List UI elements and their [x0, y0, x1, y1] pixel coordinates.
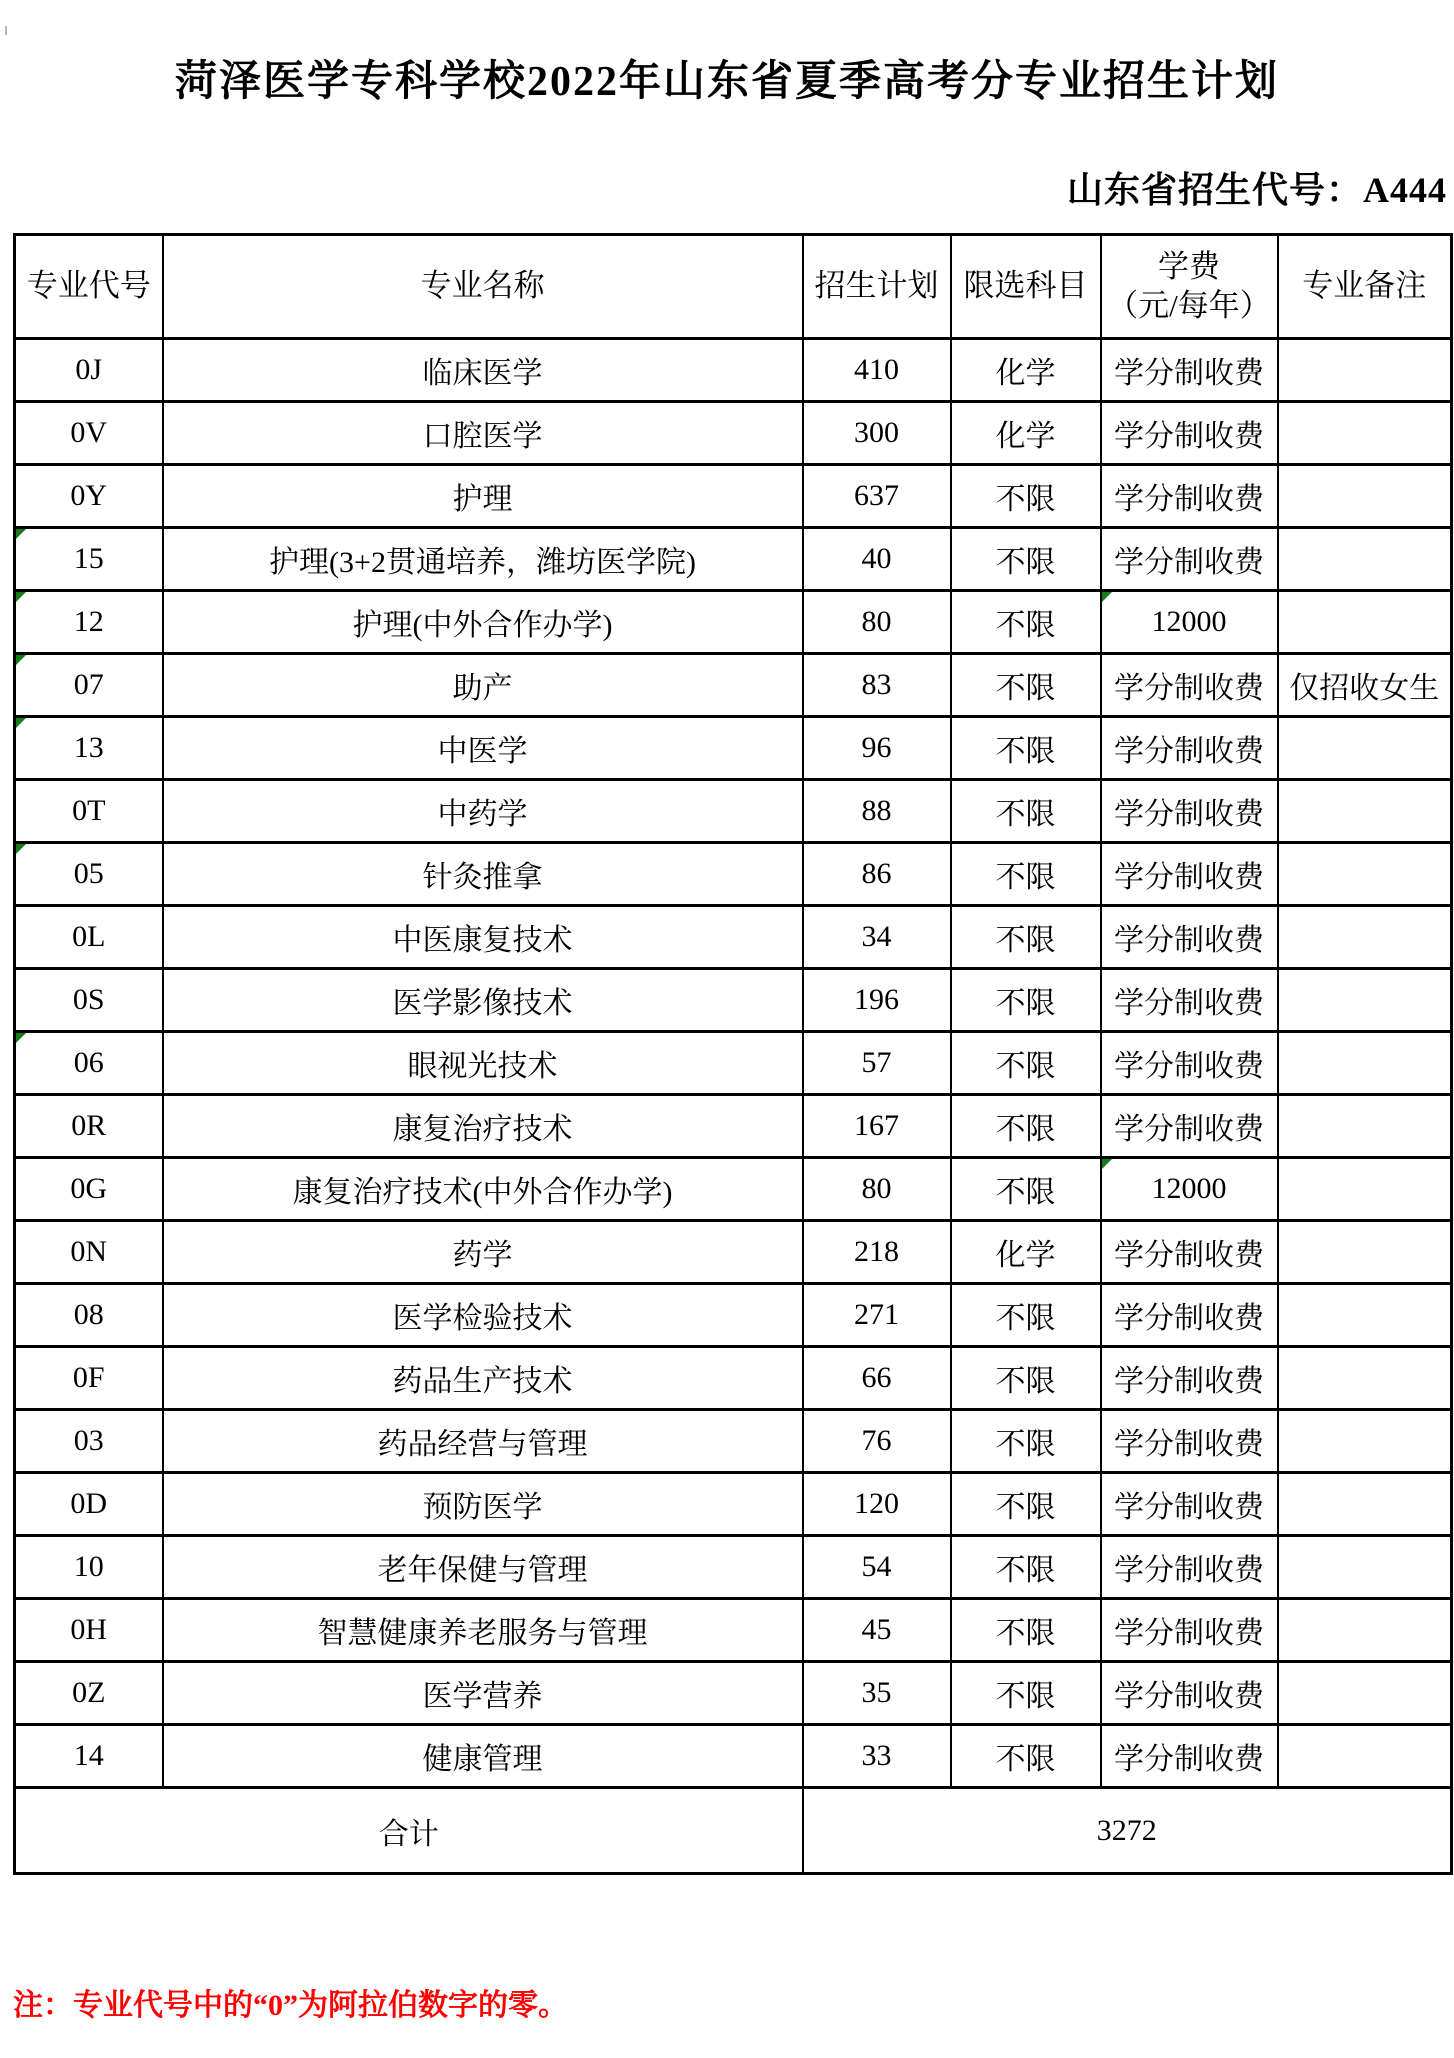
major-name-text: 中药学 — [438, 798, 528, 831]
major-remark-cell — [1278, 717, 1452, 780]
comment-flag-icon — [16, 529, 26, 539]
major-remark-cell — [1278, 1473, 1452, 1536]
tuition-text: 学分制收费 — [1114, 1302, 1264, 1335]
major-code-text: 07 — [74, 668, 104, 701]
major-code-text: 0V — [70, 416, 107, 449]
required-subject-cell: 不限 — [951, 906, 1101, 969]
plan-count-text: 40 — [862, 542, 892, 575]
required-subject-cell: 不限 — [951, 717, 1101, 780]
major-name-text: 老年保健与管理 — [378, 1554, 588, 1587]
table-row: 0Z 医学营养 35 不限 学分制收费 — [15, 1662, 1452, 1725]
major-code-cell: 13 — [15, 717, 163, 780]
required-subject-cell: 不限 — [951, 1284, 1101, 1347]
major-name-cell: 助产 — [163, 654, 803, 717]
plan-count-text: 54 — [862, 1550, 892, 1583]
table-row: 03 药品经营与管理 76 不限 学分制收费 — [15, 1410, 1452, 1473]
required-subject-text: 不限 — [996, 1176, 1056, 1209]
major-name-text: 中医学 — [438, 735, 528, 768]
plan-count-text: 80 — [862, 1172, 892, 1205]
tuition-cell: 学分制收费 — [1101, 1473, 1278, 1536]
col-header-major-remark: 专业备注 — [1278, 235, 1452, 339]
major-name-cell: 中医康复技术 — [163, 906, 803, 969]
required-subject-cell: 不限 — [951, 780, 1101, 843]
tuition-cell: 学分制收费 — [1101, 1599, 1278, 1662]
plan-count-text: 45 — [862, 1613, 892, 1646]
major-code-text: 06 — [74, 1046, 104, 1079]
plan-count-cell: 196 — [803, 969, 951, 1032]
major-remark-cell — [1278, 339, 1452, 402]
required-subject-text: 不限 — [996, 1617, 1056, 1650]
tuition-text: 12000 — [1152, 605, 1227, 638]
required-subject-text: 不限 — [996, 672, 1056, 705]
major-name-cell: 预防医学 — [163, 1473, 803, 1536]
total-label-cell: 合计 — [15, 1788, 803, 1874]
major-code-text: 12 — [74, 605, 104, 638]
required-subject-cell: 化学 — [951, 1221, 1101, 1284]
plan-count-text: 33 — [862, 1739, 892, 1772]
plan-count-cell: 96 — [803, 717, 951, 780]
plan-count-cell: 35 — [803, 1662, 951, 1725]
major-code-cell: 0R — [15, 1095, 163, 1158]
major-code-text: 0T — [72, 794, 105, 827]
plan-count-text: 167 — [854, 1109, 899, 1142]
tuition-text: 学分制收费 — [1114, 1050, 1264, 1083]
major-code-text: 0Y — [70, 479, 107, 512]
plan-count-text: 80 — [862, 605, 892, 638]
major-name-text: 预防医学 — [423, 1491, 543, 1524]
major-code-text: 13 — [74, 731, 104, 764]
plan-count-cell: 40 — [803, 528, 951, 591]
plan-count-cell: 80 — [803, 1158, 951, 1221]
col-header-major-name: 专业名称 — [163, 235, 803, 339]
major-remark-cell — [1278, 1536, 1452, 1599]
major-remark-cell — [1278, 528, 1452, 591]
col-header-major-code: 专业代号 — [15, 235, 163, 339]
major-code-cell: 15 — [15, 528, 163, 591]
major-code-text: 0L — [72, 920, 105, 953]
required-subject-text: 不限 — [996, 1680, 1056, 1713]
plan-count-cell: 271 — [803, 1284, 951, 1347]
document-page: 菏泽医学专科学校2022年山东省夏季高考分专业招生计划 山东省招生代号：A444… — [0, 0, 1454, 2058]
major-name-cell: 中药学 — [163, 780, 803, 843]
major-code-text: 08 — [74, 1298, 104, 1331]
major-code-text: 0R — [71, 1109, 106, 1142]
table-row: 0H 智慧健康养老服务与管理 45 不限 学分制收费 — [15, 1599, 1452, 1662]
tuition-text: 学分制收费 — [1114, 420, 1264, 453]
required-subject-text: 不限 — [996, 1113, 1056, 1146]
tuition-text: 学分制收费 — [1114, 798, 1264, 831]
header-row: 专业代号 专业名称 招生计划 限选科目 学费 （元/每年） 专业备注 — [15, 235, 1452, 339]
major-remark-cell — [1278, 1599, 1452, 1662]
col-header-tuition: 学费 （元/每年） — [1101, 235, 1278, 339]
tuition-text: 学分制收费 — [1114, 483, 1264, 516]
major-code-text: 03 — [74, 1424, 104, 1457]
plan-count-cell: 80 — [803, 591, 951, 654]
plan-count-cell: 86 — [803, 843, 951, 906]
major-code-cell: 05 — [15, 843, 163, 906]
plan-count-cell: 34 — [803, 906, 951, 969]
province-code-subtitle: 山东省招生代号：A444 — [1067, 162, 1447, 213]
major-code-cell: 03 — [15, 1410, 163, 1473]
major-remark-cell: 仅招收女生 — [1278, 654, 1452, 717]
major-remark-cell — [1278, 780, 1452, 843]
required-subject-cell: 不限 — [951, 591, 1101, 654]
plan-count-cell: 33 — [803, 1725, 951, 1788]
table-row: 0G 康复治疗技术(中外合作办学) 80 不限 12000 — [15, 1158, 1452, 1221]
comment-flag-icon — [16, 1033, 26, 1043]
required-subject-text: 不限 — [996, 1050, 1056, 1083]
major-name-cell: 针灸推拿 — [163, 843, 803, 906]
tuition-text: 学分制收费 — [1114, 1680, 1264, 1713]
plan-count-cell: 45 — [803, 1599, 951, 1662]
major-remark-cell — [1278, 1095, 1452, 1158]
major-code-text: 0Z — [72, 1676, 105, 1709]
plan-count-text: 196 — [854, 983, 899, 1016]
plan-count-cell: 83 — [803, 654, 951, 717]
plan-count-cell: 167 — [803, 1095, 951, 1158]
major-code-cell: 0J — [15, 339, 163, 402]
plan-count-text: 35 — [862, 1676, 892, 1709]
required-subject-text: 不限 — [996, 735, 1056, 768]
required-subject-text: 不限 — [996, 987, 1056, 1020]
required-subject-cell: 不限 — [951, 1599, 1101, 1662]
required-subject-text: 不限 — [996, 483, 1056, 516]
tuition-text: 学分制收费 — [1114, 1743, 1264, 1776]
table-row: 0Y 护理 637 不限 学分制收费 — [15, 465, 1452, 528]
major-remark-cell — [1278, 1221, 1452, 1284]
plan-count-text: 120 — [854, 1487, 899, 1520]
tuition-cell: 学分制收费 — [1101, 465, 1278, 528]
major-name-cell: 老年保健与管理 — [163, 1536, 803, 1599]
plan-count-text: 88 — [862, 794, 892, 827]
required-subject-cell: 不限 — [951, 654, 1101, 717]
required-subject-text: 不限 — [996, 861, 1056, 894]
table-row: 0V 口腔医学 300 化学 学分制收费 — [15, 402, 1452, 465]
major-name-text: 眼视光技术 — [408, 1050, 558, 1083]
plan-count-text: 86 — [862, 857, 892, 890]
required-subject-text: 化学 — [996, 357, 1056, 390]
table-footer: 合计 3272 — [15, 1788, 1452, 1874]
major-name-cell: 康复治疗技术 — [163, 1095, 803, 1158]
table-row: 15 护理(3+2贯通培养，潍坊医学院) 40 不限 学分制收费 — [15, 528, 1452, 591]
major-name-text: 健康管理 — [423, 1743, 543, 1776]
major-name-cell: 中医学 — [163, 717, 803, 780]
tuition-cell: 学分制收费 — [1101, 1662, 1278, 1725]
col-header-plan-count: 招生计划 — [803, 235, 951, 339]
major-name-cell: 健康管理 — [163, 1725, 803, 1788]
major-remark-cell — [1278, 1662, 1452, 1725]
major-code-cell: 0T — [15, 780, 163, 843]
table-row: 0J 临床医学 410 化学 学分制收费 — [15, 339, 1452, 402]
major-name-text: 药学 — [453, 1239, 513, 1272]
tuition-text: 学分制收费 — [1114, 1491, 1264, 1524]
table-row: 0S 医学影像技术 196 不限 学分制收费 — [15, 969, 1452, 1032]
required-subject-cell: 不限 — [951, 1536, 1101, 1599]
tuition-text: 学分制收费 — [1114, 357, 1264, 390]
major-remark-cell — [1278, 591, 1452, 654]
major-name-text: 护理(中外合作办学) — [353, 609, 613, 642]
major-code-text: 0N — [70, 1235, 107, 1268]
table-row: 05 针灸推拿 86 不限 学分制收费 — [15, 843, 1452, 906]
tuition-cell: 学分制收费 — [1101, 717, 1278, 780]
table-row: 0L 中医康复技术 34 不限 学分制收费 — [15, 906, 1452, 969]
major-remark-cell — [1278, 843, 1452, 906]
tuition-cell: 学分制收费 — [1101, 1032, 1278, 1095]
required-subject-cell: 不限 — [951, 1725, 1101, 1788]
required-subject-cell: 不限 — [951, 1347, 1101, 1410]
plan-count-cell: 57 — [803, 1032, 951, 1095]
major-name-text: 康复治疗技术 — [393, 1113, 573, 1146]
required-subject-cell: 不限 — [951, 1158, 1101, 1221]
page-title: 菏泽医学专科学校2022年山东省夏季高考分专业招生计划 — [0, 48, 1454, 108]
major-name-text: 助产 — [453, 672, 513, 705]
tuition-text: 学分制收费 — [1114, 1617, 1264, 1650]
tuition-text: 学分制收费 — [1114, 1113, 1264, 1146]
major-name-text: 药品生产技术 — [393, 1365, 573, 1398]
major-name-cell: 护理 — [163, 465, 803, 528]
table-header: 专业代号 专业名称 招生计划 限选科目 学费 （元/每年） 专业备注 — [15, 235, 1452, 339]
major-name-cell: 眼视光技术 — [163, 1032, 803, 1095]
major-code-text: 14 — [74, 1739, 104, 1772]
major-code-text: 15 — [74, 542, 104, 575]
required-subject-text: 不限 — [996, 924, 1056, 957]
plan-count-cell: 218 — [803, 1221, 951, 1284]
plan-count-text: 57 — [862, 1046, 892, 1079]
code-zero-note: 注：专业代号中的“0”为阿拉伯数字的零。 — [13, 1980, 568, 2024]
major-remark-cell — [1278, 1032, 1452, 1095]
major-code-cell: 0L — [15, 906, 163, 969]
required-subject-cell: 不限 — [951, 1032, 1101, 1095]
tuition-text: 学分制收费 — [1114, 1554, 1264, 1587]
table-row: 12 护理(中外合作办学) 80 不限 12000 — [15, 591, 1452, 654]
major-code-cell: 08 — [15, 1284, 163, 1347]
major-remark-cell — [1278, 1725, 1452, 1788]
major-name-text: 医学营养 — [423, 1680, 543, 1713]
stray-mark — [5, 26, 7, 35]
table-row: 0R 康复治疗技术 167 不限 学分制收费 — [15, 1095, 1452, 1158]
required-subject-text: 不限 — [996, 546, 1056, 579]
major-name-cell: 护理(中外合作办学) — [163, 591, 803, 654]
major-name-text: 智慧健康养老服务与管理 — [318, 1617, 648, 1650]
tuition-text: 学分制收费 — [1114, 861, 1264, 894]
plan-count-text: 637 — [854, 479, 899, 512]
major-code-text: 0J — [75, 353, 102, 386]
tuition-cell: 学分制收费 — [1101, 843, 1278, 906]
major-code-cell: 0G — [15, 1158, 163, 1221]
major-code-cell: 0F — [15, 1347, 163, 1410]
tuition-cell: 学分制收费 — [1101, 1725, 1278, 1788]
table-row: 08 医学检验技术 271 不限 学分制收费 — [15, 1284, 1452, 1347]
major-code-cell: 0Y — [15, 465, 163, 528]
required-subject-cell: 不限 — [951, 969, 1101, 1032]
tuition-cell: 学分制收费 — [1101, 969, 1278, 1032]
major-remark-cell — [1278, 906, 1452, 969]
plan-count-text: 96 — [862, 731, 892, 764]
major-code-text: 0F — [73, 1361, 105, 1394]
comment-flag-icon — [16, 844, 26, 854]
required-subject-cell: 不限 — [951, 465, 1101, 528]
major-code-cell: 0Z — [15, 1662, 163, 1725]
major-remark-text: 仅招收女生 — [1289, 672, 1439, 705]
comment-flag-icon — [16, 655, 26, 665]
major-code-text: 0D — [70, 1487, 107, 1520]
table-row: 0D 预防医学 120 不限 学分制收费 — [15, 1473, 1452, 1536]
comment-flag-icon — [16, 592, 26, 602]
table-body: 0J 临床医学 410 化学 学分制收费 0V 口腔医学 300 化学 学分制收… — [15, 339, 1452, 1788]
plan-count-text: 271 — [854, 1298, 899, 1331]
plan-count-text: 218 — [854, 1235, 899, 1268]
major-remark-cell — [1278, 465, 1452, 528]
plan-count-text: 83 — [862, 668, 892, 701]
major-name-cell: 口腔医学 — [163, 402, 803, 465]
major-code-text: 0G — [70, 1172, 107, 1205]
major-code-cell: 12 — [15, 591, 163, 654]
plan-count-cell: 76 — [803, 1410, 951, 1473]
required-subject-cell: 不限 — [951, 1662, 1101, 1725]
major-name-cell: 医学检验技术 — [163, 1284, 803, 1347]
major-name-text: 中医康复技术 — [393, 924, 573, 957]
tuition-text: 学分制收费 — [1114, 672, 1264, 705]
tuition-cell: 学分制收费 — [1101, 654, 1278, 717]
total-row: 合计 3272 — [15, 1788, 1452, 1874]
table-row: 06 眼视光技术 57 不限 学分制收费 — [15, 1032, 1452, 1095]
table-row: 0F 药品生产技术 66 不限 学分制收费 — [15, 1347, 1452, 1410]
required-subject-text: 化学 — [996, 1239, 1056, 1272]
major-name-text: 护理(3+2贯通培养，潍坊医学院) — [269, 546, 696, 579]
plan-count-cell: 120 — [803, 1473, 951, 1536]
major-name-cell: 药品生产技术 — [163, 1347, 803, 1410]
tuition-text: 学分制收费 — [1114, 1428, 1264, 1461]
tuition-cell: 学分制收费 — [1101, 1536, 1278, 1599]
plan-count-cell: 54 — [803, 1536, 951, 1599]
tuition-text: 学分制收费 — [1114, 987, 1264, 1020]
major-code-text: 05 — [74, 857, 104, 890]
comment-flag-icon — [1102, 1159, 1112, 1169]
table-row: 07 助产 83 不限 学分制收费 仅招收女生 — [15, 654, 1452, 717]
tuition-cell: 学分制收费 — [1101, 1221, 1278, 1284]
required-subject-cell: 化学 — [951, 339, 1101, 402]
major-remark-cell — [1278, 1158, 1452, 1221]
major-remark-cell — [1278, 969, 1452, 1032]
tuition-cell: 学分制收费 — [1101, 528, 1278, 591]
tuition-text: 学分制收费 — [1114, 924, 1264, 957]
required-subject-cell: 化学 — [951, 402, 1101, 465]
major-code-cell: 0S — [15, 969, 163, 1032]
tuition-text: 12000 — [1152, 1172, 1227, 1205]
major-code-cell: 14 — [15, 1725, 163, 1788]
tuition-text: 学分制收费 — [1114, 1365, 1264, 1398]
major-name-cell: 临床医学 — [163, 339, 803, 402]
major-code-cell: 0V — [15, 402, 163, 465]
comment-flag-icon — [1102, 592, 1112, 602]
major-code-cell: 06 — [15, 1032, 163, 1095]
required-subject-text: 不限 — [996, 1428, 1056, 1461]
major-name-text: 针灸推拿 — [423, 861, 543, 894]
major-name-cell: 康复治疗技术(中外合作办学) — [163, 1158, 803, 1221]
plan-count-text: 76 — [862, 1424, 892, 1457]
major-name-cell: 药品经营与管理 — [163, 1410, 803, 1473]
tuition-text: 学分制收费 — [1114, 1239, 1264, 1272]
major-name-cell: 智慧健康养老服务与管理 — [163, 1599, 803, 1662]
plan-count-cell: 637 — [803, 465, 951, 528]
tuition-cell: 学分制收费 — [1101, 1095, 1278, 1158]
major-code-cell: 0N — [15, 1221, 163, 1284]
tuition-cell: 学分制收费 — [1101, 1410, 1278, 1473]
major-name-text: 医学影像技术 — [393, 987, 573, 1020]
plan-count-text: 66 — [862, 1361, 892, 1394]
major-code-text: 0S — [73, 983, 105, 1016]
required-subject-cell: 不限 — [951, 528, 1101, 591]
major-remark-cell — [1278, 402, 1452, 465]
required-subject-text: 不限 — [996, 1491, 1056, 1524]
major-name-text: 医学检验技术 — [393, 1302, 573, 1335]
tuition-text: 学分制收费 — [1114, 735, 1264, 768]
major-remark-cell — [1278, 1284, 1452, 1347]
col-header-required-subject: 限选科目 — [951, 235, 1101, 339]
major-name-cell: 药学 — [163, 1221, 803, 1284]
required-subject-text: 化学 — [996, 420, 1056, 453]
plan-count-text: 410 — [854, 353, 899, 386]
plan-count-text: 34 — [862, 920, 892, 953]
major-code-cell: 0H — [15, 1599, 163, 1662]
major-code-cell: 0D — [15, 1473, 163, 1536]
required-subject-text: 不限 — [996, 1743, 1056, 1776]
table-row: 14 健康管理 33 不限 学分制收费 — [15, 1725, 1452, 1788]
tuition-text: 学分制收费 — [1114, 546, 1264, 579]
major-remark-cell — [1278, 1347, 1452, 1410]
tuition-cell: 学分制收费 — [1101, 1347, 1278, 1410]
table-row: 0T 中药学 88 不限 学分制收费 — [15, 780, 1452, 843]
major-code-text: 10 — [74, 1550, 104, 1583]
tuition-cell: 学分制收费 — [1101, 780, 1278, 843]
major-name-text: 口腔医学 — [423, 420, 543, 453]
required-subject-cell: 不限 — [951, 1410, 1101, 1473]
major-code-cell: 10 — [15, 1536, 163, 1599]
tuition-cell: 学分制收费 — [1101, 906, 1278, 969]
required-subject-text: 不限 — [996, 1365, 1056, 1398]
table-row: 10 老年保健与管理 54 不限 学分制收费 — [15, 1536, 1452, 1599]
required-subject-cell: 不限 — [951, 1095, 1101, 1158]
required-subject-text: 不限 — [996, 609, 1056, 642]
required-subject-text: 不限 — [996, 798, 1056, 831]
tuition-cell: 12000 — [1101, 591, 1278, 654]
major-name-cell: 医学营养 — [163, 1662, 803, 1725]
tuition-cell: 12000 — [1101, 1158, 1278, 1221]
major-name-text: 康复治疗技术(中外合作办学) — [293, 1176, 673, 1209]
major-name-cell: 护理(3+2贯通培养，潍坊医学院) — [163, 528, 803, 591]
required-subject-text: 不限 — [996, 1302, 1056, 1335]
major-name-text: 临床医学 — [423, 357, 543, 390]
required-subject-cell: 不限 — [951, 843, 1101, 906]
enrollment-plan-table: 专业代号 专业名称 招生计划 限选科目 学费 （元/每年） 专业备注 0J 临床… — [13, 233, 1453, 1875]
major-code-text: 0H — [70, 1613, 107, 1646]
major-code-cell: 07 — [15, 654, 163, 717]
plan-count-cell: 66 — [803, 1347, 951, 1410]
major-name-text: 护理 — [453, 483, 513, 516]
major-name-text: 药品经营与管理 — [378, 1428, 588, 1461]
required-subject-cell: 不限 — [951, 1473, 1101, 1536]
plan-count-text: 300 — [854, 416, 899, 449]
required-subject-text: 不限 — [996, 1554, 1056, 1587]
major-name-cell: 医学影像技术 — [163, 969, 803, 1032]
tuition-cell: 学分制收费 — [1101, 339, 1278, 402]
major-remark-cell — [1278, 1410, 1452, 1473]
tuition-cell: 学分制收费 — [1101, 402, 1278, 465]
tuition-cell: 学分制收费 — [1101, 1284, 1278, 1347]
plan-count-cell: 410 — [803, 339, 951, 402]
total-value-cell: 3272 — [803, 1788, 1452, 1874]
plan-count-cell: 88 — [803, 780, 951, 843]
